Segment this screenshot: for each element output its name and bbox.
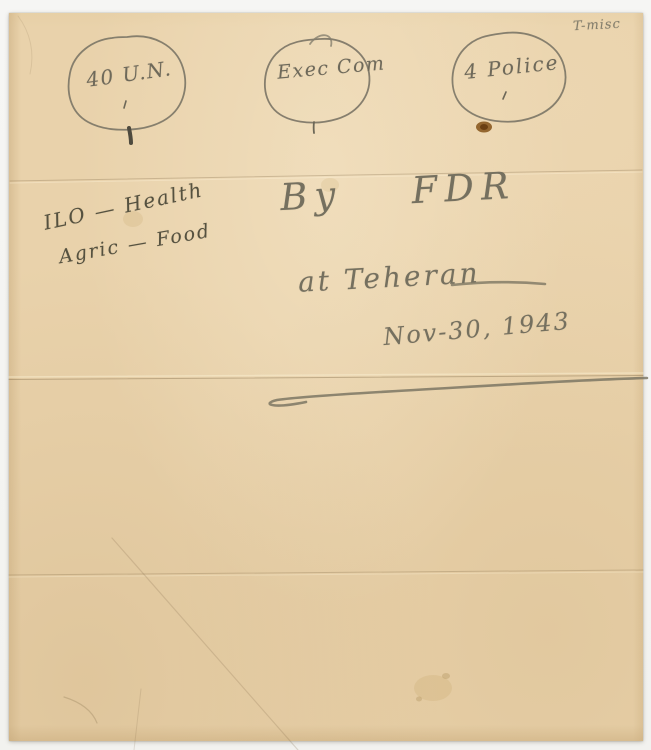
corner-archive-note: T-misc	[573, 17, 622, 34]
paper-sheet	[9, 13, 643, 741]
scanned-document: 40 U.N. Exec Com 4 Police T-misc ILO — H…	[0, 0, 651, 750]
torn-edge-serration	[9, 6, 643, 13]
